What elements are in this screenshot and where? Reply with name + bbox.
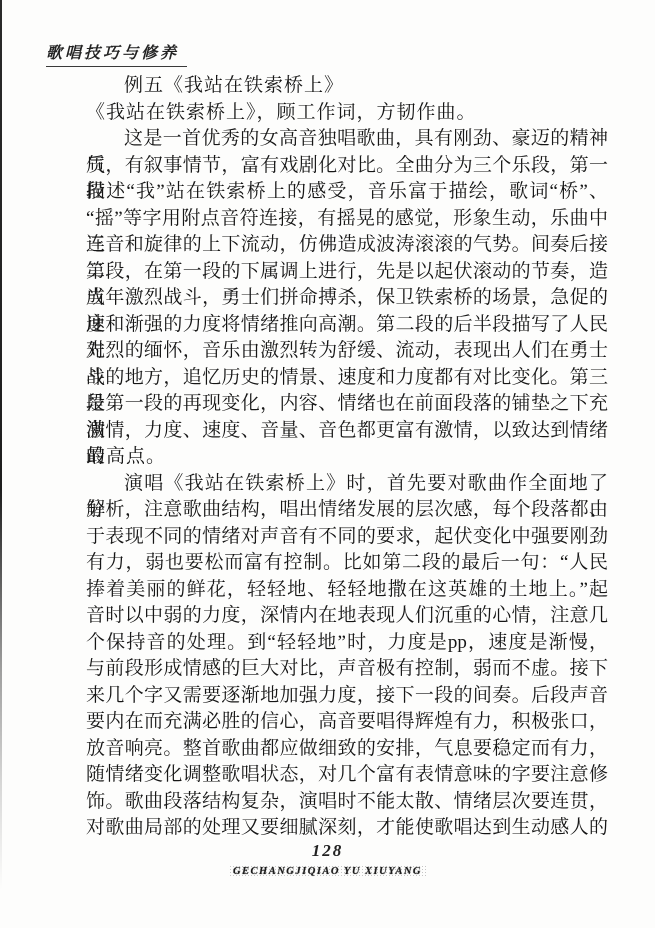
- page-number: 128: [0, 841, 655, 861]
- text-line: 先烈的缅怀，音乐由激烈转为舒缓、流动，表现出人们在勇士战: [86, 338, 608, 365]
- text-line: 有力，弱也要松而富有控制。比如第二段的最后一句：“人民: [86, 550, 608, 577]
- text-line: 来几个字又需要逐渐地加强力度，接下一段的间奏。后段声音: [86, 683, 608, 710]
- text-line: 分析，注意歌曲结构，唱出情绪发展的层次感，每个段落都由: [86, 497, 608, 524]
- text-line: 要内在而充满必胜的信心，高音要唱得辉煌有力，积极张口，: [86, 709, 608, 736]
- body-text: 例五《我站在铁索桥上》 《我站在铁索桥上》，顾工作词，方韧作曲。 这是一首优秀的…: [86, 73, 608, 842]
- text-line: 捧着美丽的鲜花，轻轻地、轻轻地撒在这英雄的土地上。”起: [86, 577, 608, 604]
- text-line: 斗的地方，追忆历史的情景、速度和力度都有对比变化。第三段: [86, 365, 608, 392]
- text-line: 二段，在第一段的下属调上进行，先是以起伏滚动的节奏，造成: [86, 259, 608, 286]
- text-line: 当年激烈战斗，勇士们拼命搏杀，保卫铁索桥的场景，急促的速: [86, 285, 608, 312]
- text-line: 连音和旋律的上下流动，仿佛造成波涛滚滚的气势。间奏后接第: [86, 232, 608, 259]
- running-header-title: 歌唱技巧与修养: [46, 40, 187, 67]
- text-line: 个保持音的处理。到“轻轻地”时，力度是pp，速度是渐慢，: [86, 630, 608, 657]
- text-line: 描述“我”站在铁索桥上的感受，音乐富于描绘，歌词“桥”、: [86, 179, 608, 206]
- text-line: 这是一首优秀的女高音独唱歌曲，具有刚劲、豪迈的精神气: [86, 126, 608, 153]
- text-line: 演唱《我站在铁索桥上》时，首先要对歌曲作全面地了解、: [86, 471, 608, 498]
- text-line: 放音响亮。整首歌曲都应做细致的安排，气息要稳定而有力，: [86, 736, 608, 763]
- page-footer: 128 GECHANGJIQIAO YU XIUYANG: [0, 841, 655, 879]
- text-line: 是第一段的再现变化，内容、情绪也在前面段落的铺垫之下充满: [86, 391, 608, 418]
- book-page: 歌唱技巧与修养 例五《我站在铁索桥上》 《我站在铁索桥上》，顾工作词，方韧作曲。…: [0, 0, 655, 928]
- text-line: 音时以中弱的力度，深情内在地表现人们沉重的心情，注意几: [86, 603, 608, 630]
- text-line: 随情绪变化调整歌唱状态，对几个富有表情意味的字要注意修: [86, 762, 608, 789]
- text-line: 例五《我站在铁索桥上》: [86, 73, 608, 100]
- running-header: 歌唱技巧与修养: [46, 40, 187, 67]
- text-line: 度和渐强的力度将情绪推向高潮。第二段的后半段描写了人民对: [86, 312, 608, 339]
- text-line: 对歌曲局部的处理又要细腻深刻，才能使歌唱达到生动感人的: [86, 815, 608, 842]
- text-line: 最高点。: [86, 444, 608, 471]
- series-title-pinyin: GECHANGJIQIAO YU XIUYANG: [229, 865, 426, 878]
- text-line: 质，有叙事情节，富有戏剧化对比。全曲分为三个乐段，第一段: [86, 153, 608, 180]
- text-line: 《我站在铁索桥上》，顾工作词，方韧作曲。: [86, 100, 608, 127]
- text-line: 激情，力度、速度、音量、音色都更富有激情，以致达到情绪的: [86, 418, 608, 445]
- text-line: “摇”等字用附点音符连接，有摇晃的感觉，形象生动，乐曲中三: [86, 206, 608, 233]
- left-edge-scan-artifact: [0, 0, 2, 890]
- text-line: 与前段形成情感的巨大对比，声音极有控制，弱而不虚。接下: [86, 656, 608, 683]
- text-line: 于表现不同的情绪对声音有不同的要求，起伏变化中强要刚劲: [86, 524, 608, 551]
- text-line: 饰。歌曲段落结构复杂，演唱时不能太散、情绪层次要连贯，: [86, 789, 608, 816]
